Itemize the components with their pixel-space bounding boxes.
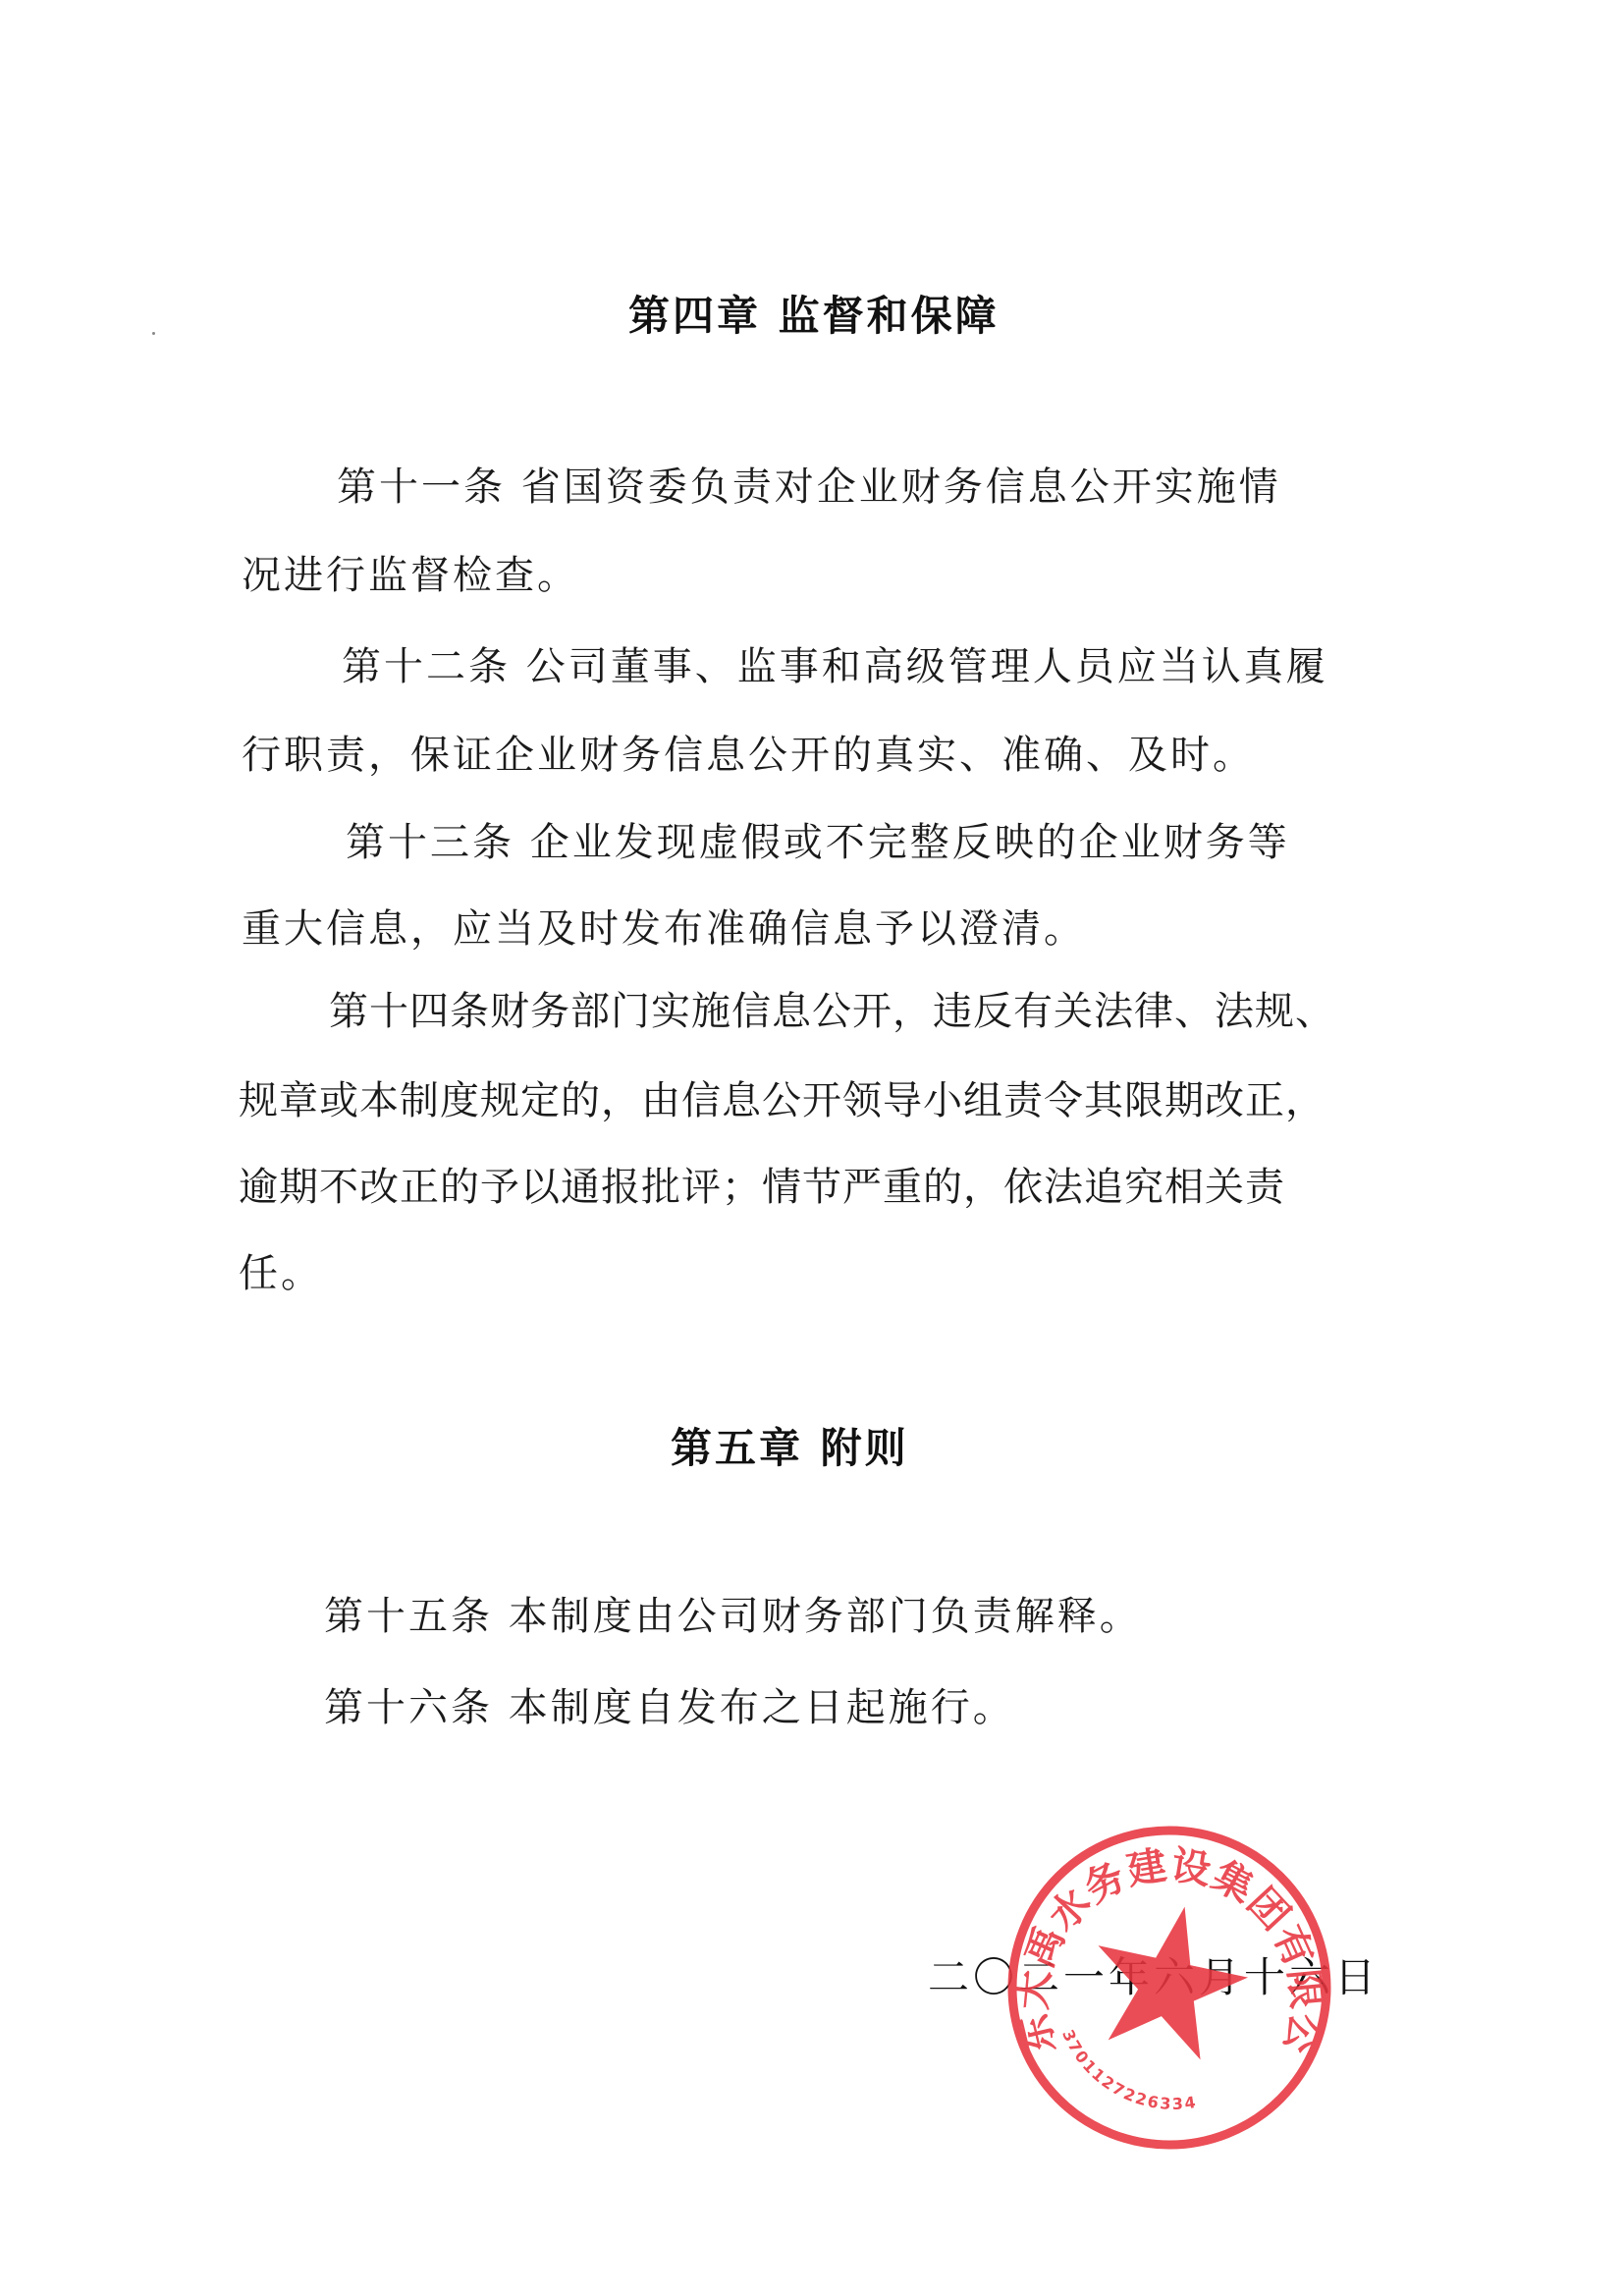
svg-text:3701127226334: 3701127226334 [1058, 2027, 1199, 2113]
article-14-line-1: 第十四条财务部门实施信息公开，违反有关法律、法规、 [329, 988, 1335, 1035]
chapter-5-heading: 第五章 附则 [671, 1424, 909, 1473]
seal-code: 3701127226334 [1058, 2027, 1199, 2113]
article-13-line-2: 重大信息，应当及时发布准确信息予以澄清。 [242, 905, 1086, 953]
article-15-line-1: 第十五条 本制度由公司财务部门负责解释。 [324, 1593, 1142, 1640]
article-12-line-1: 第十二条 公司董事、监事和高级管理人员应当认真履 [342, 643, 1328, 690]
seal-star-icon [1079, 1890, 1260, 2065]
article-14-line-2: 规章或本制度规定的，由信息公开领导小组责令其限期改正， [239, 1077, 1325, 1124]
article-14-line-4: 任。 [239, 1250, 323, 1297]
document-page: 第四章 监督和保障 第十一条 省国资委负责对企业财务信息公开实施情 况进行监督检… [0, 0, 1623, 2296]
article-14-line-3: 逾期不改正的予以通报批评；情节严重的，依法追究相关责 [239, 1164, 1285, 1211]
article-16-line-1: 第十六条 本制度自发布之日起施行。 [324, 1684, 1015, 1731]
article-13-line-1: 第十三条 企业发现虚假或不完整反映的企业财务等 [346, 819, 1290, 866]
article-11-line-2: 况进行监督检查。 [242, 552, 579, 599]
scan-speck [152, 332, 155, 335]
company-seal-icon: 山东大禹水务建设集团有限公司 3701127226334 [1003, 1822, 1335, 2154]
chapter-4-heading: 第四章 监督和保障 [628, 292, 1000, 341]
article-11-line-1: 第十一条 省国资委负责对企业财务信息公开实施情 [337, 464, 1281, 511]
article-12-line-2: 行职责，保证企业财务信息公开的真实、准确、及时。 [242, 732, 1255, 779]
